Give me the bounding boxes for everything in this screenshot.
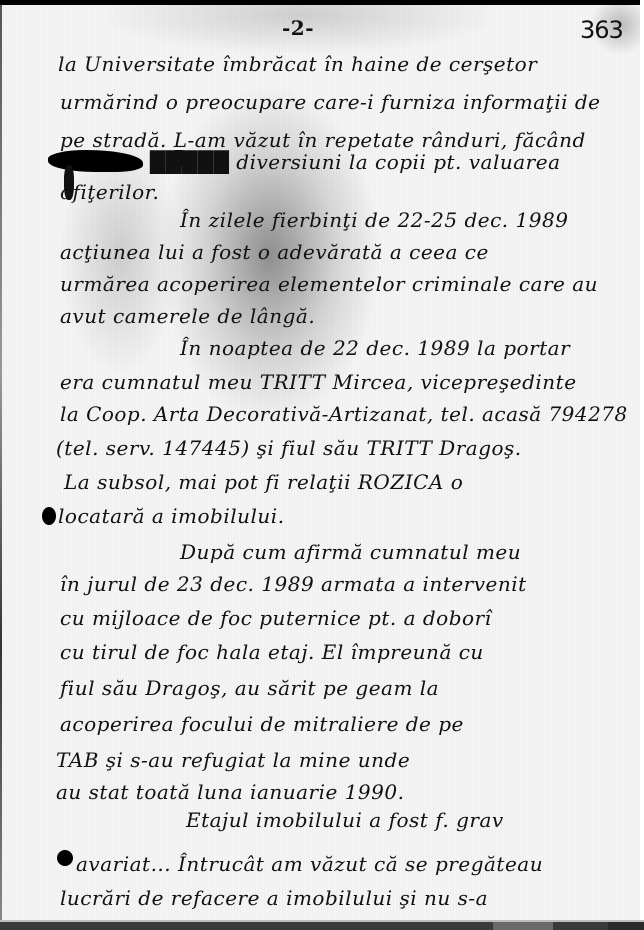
horizontal-scrollbar[interactable] xyxy=(0,920,644,930)
handwritten-line: urmărind o preocupare care-i furniza inf… xyxy=(60,90,601,114)
handwritten-line-redacted: █████ diversiuni la copii pt. valuarea xyxy=(150,150,561,174)
handwritten-line: În noaptea de 22 dec. 1989 la portar xyxy=(180,336,570,360)
page-marker: -2- xyxy=(282,16,314,40)
handwritten-line: Etajul imobilului a fost f. grav xyxy=(186,808,504,832)
page-left-edge xyxy=(0,5,2,920)
handwritten-line: pe stradă. L-am văzut în repetate rândur… xyxy=(60,128,586,152)
handwritten-line: După cum afirmă cumnatul meu xyxy=(180,540,521,564)
handwritten-line: ofiţerilor. xyxy=(60,180,159,204)
ink-blot xyxy=(42,507,56,525)
handwritten-line: lucrări de refacere a imobilului şi nu s… xyxy=(60,886,488,910)
handwritten-line: în jurul de 23 dec. 1989 armata a interv… xyxy=(60,572,527,596)
handwritten-line: fiul său Dragoş, au sărit pe geam la xyxy=(60,676,439,700)
top-border xyxy=(0,0,640,5)
handwritten-line: era cumnatul meu TRITT Mircea, vicepreşe… xyxy=(60,370,577,394)
handwritten-line: locatară a imobilului. xyxy=(58,504,285,528)
ink-blot xyxy=(57,850,73,866)
handwritten-line: au stat toată luna ianuarie 1990. xyxy=(56,780,404,804)
scrollbar-end xyxy=(608,922,644,930)
handwritten-line: La subsol, mai pot fi relaţii ROZICA o xyxy=(64,470,463,494)
handwritten-line: urmărea acoperirea elementelor criminale… xyxy=(60,272,598,296)
handwritten-line: avariat... Întrucât am văzut că se pregă… xyxy=(76,852,543,876)
page-number: 363 xyxy=(580,16,623,44)
handwritten-line: la Coop. Arta Decorativă-Artizanat, tel.… xyxy=(60,402,628,426)
handwritten-line: TAB şi s-au refugiat la mine unde xyxy=(56,748,410,772)
handwritten-line: acoperirea focului de mitraliere de pe xyxy=(60,712,464,736)
handwritten-line: În zilele fierbinţi de 22-25 dec. 1989 xyxy=(180,208,568,232)
handwritten-line: cu tirul de foc hala etaj. El împreună c… xyxy=(60,640,484,664)
handwritten-line: acţiunea lui a fost o adevărată a ceea c… xyxy=(60,240,489,264)
handwritten-line: cu mijloace de foc puternice pt. a dobor… xyxy=(60,606,492,630)
document-viewer: -2- 363 la Universitate îmbrăcat în hain… xyxy=(0,0,644,930)
scrollbar-thumb[interactable] xyxy=(493,922,553,930)
handwritten-line: (tel. serv. 147445) şi fiul său TRITT Dr… xyxy=(56,436,522,460)
handwritten-line: la Universitate îmbrăcat în haine de cer… xyxy=(58,52,537,76)
handwritten-line: avut camerele de lângă. xyxy=(60,304,315,328)
